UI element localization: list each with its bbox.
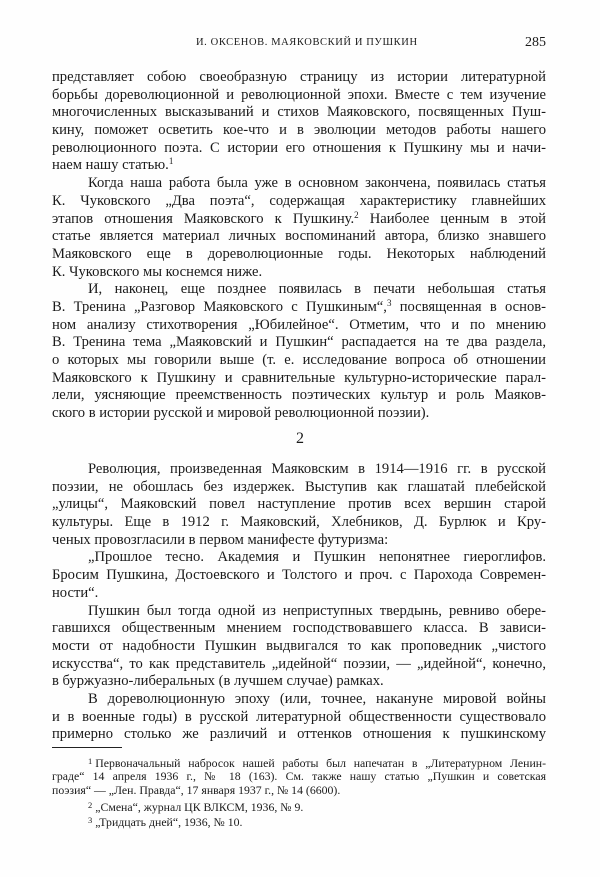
footnote-ref-2[interactable]: 2 xyxy=(354,210,359,220)
text-line: и в военные годы) в русской литературной… xyxy=(52,709,546,727)
section-2-text: Революция, произведенная Маяковским в 19… xyxy=(52,461,546,744)
footnote-ref-1[interactable]: 1 xyxy=(169,156,174,166)
text-line: „улицы“, Маяковский повел наступление пр… xyxy=(52,496,546,514)
text-line: о которых мы говорили выше (т. е. исслед… xyxy=(52,352,546,370)
footnote-text: „Тридцать дней“, 1936, № 10. xyxy=(95,815,242,829)
footnote-line: поэзия“ — „Лен. Правда“, 17 января 1937 … xyxy=(52,783,546,798)
text-line: Маяковского к Пушкину и сравнительные ку… xyxy=(52,370,546,388)
footnote-text: „Смена“, журнал ЦК ВЛКСМ, 1936, № 9. xyxy=(95,800,303,814)
footnote-2: 2„Смена“, журнал ЦК ВЛКСМ, 1936, № 9. xyxy=(52,798,546,813)
footnotes: 1Первоначальный набросок нашей работы бы… xyxy=(52,754,546,827)
running-title: И. ОКСЕНОВ. МАЯКОВСКИЙ И ПУШКИН xyxy=(196,37,418,48)
text-line: в буржуазно-либеральных (в лучшем случае… xyxy=(52,673,546,691)
text-line: Революция, произведенная Маяковским в 19… xyxy=(52,461,546,479)
text-line: гавшихся общественным мнением господство… xyxy=(52,620,546,638)
text-fragment: Наиболее ценным в этой xyxy=(370,211,546,227)
running-head: И. ОКСЕНОВ. МАЯКОВСКИЙ И ПУШКИН 285 xyxy=(52,36,546,52)
footnote-number: 3 xyxy=(88,815,92,825)
footnote-1: 1Первоначальный набросок нашей работы бы… xyxy=(52,754,546,769)
text-line: К. Чуковского „Два поэта“, содержащая ха… xyxy=(52,193,546,211)
text-line: В. Тренина тема „Маяковский и Пушкин“ ра… xyxy=(52,334,546,352)
text-fragment: наем нашу статью. xyxy=(52,157,169,173)
footnote-divider xyxy=(52,747,122,748)
text-line: В дореволюционную эпоху (или, точнее, на… xyxy=(52,691,546,709)
footnote-text: Первоначальный набросок нашей работы был… xyxy=(95,756,546,770)
quote-line: „Прошлое тесно. Академия и Пушкин непоня… xyxy=(52,549,546,567)
text-fragment: В. Тренина „Разговор Маяковского с Пушки… xyxy=(52,299,387,315)
text-line: революционного поэта. С истории его отно… xyxy=(52,140,546,158)
quote-line: ности“. xyxy=(52,585,546,603)
quote-line: Бросим Пушкина, Достоевского и Толстого … xyxy=(52,567,546,585)
text-line: многочисленных высказываний и стихов Мая… xyxy=(52,104,546,122)
footnote-number: 2 xyxy=(88,800,92,810)
text-line: Маяковского еще в дореволюционные годы. … xyxy=(52,246,546,264)
section-number: 2 xyxy=(0,430,600,448)
footnote-line: граде“ 14 апреля 1936 г., № 18 (163). См… xyxy=(52,769,546,784)
section-1-text: представляет собою своеобразную страницу… xyxy=(52,69,546,423)
text-line: наем нашу статью.1 xyxy=(52,157,546,175)
text-line: кину, поможет осветить кое-что и в эволю… xyxy=(52,122,546,140)
text-line: И, наконец, еще позднее появилась в печа… xyxy=(52,281,546,299)
text-fragment: этапов отношения Маяковского к Пушкину. xyxy=(52,211,354,227)
text-line: поэзии, не обошлась без издержек. Выступ… xyxy=(52,479,546,497)
text-line: борьбы дореволюционной и революционной э… xyxy=(52,87,546,105)
text-line: представляет собою своеобразную страницу… xyxy=(52,69,546,87)
footnote-number: 1 xyxy=(88,756,92,766)
text-line: искусства“, то как представитель „идейно… xyxy=(52,656,546,674)
text-line: лели, уясняющие преемственность поэтичес… xyxy=(52,387,546,405)
text-line: статье является материал личных воспомин… xyxy=(52,228,546,246)
text-line: культуры. Еще в 1912 г. Маяковский, Хлеб… xyxy=(52,514,546,532)
page-number: 285 xyxy=(525,35,546,51)
footnote-ref-3[interactable]: 3 xyxy=(387,298,392,308)
text-line: В. Тренина „Разговор Маяковского с Пушки… xyxy=(52,299,546,317)
text-line: мости от надобности Пушкин выдвигался то… xyxy=(52,638,546,656)
text-line: Когда наша работа была уже в основном за… xyxy=(52,175,546,193)
text-line: К. Чуковского мы коснемся ниже. xyxy=(52,264,546,282)
text-line: ского в истории русской и мировой револю… xyxy=(52,405,546,423)
book-page: И. ОКСЕНОВ. МАЯКОВСКИЙ И ПУШКИН 285 пред… xyxy=(0,0,600,877)
footnote-3: 3„Тридцать дней“, 1936, № 10. xyxy=(52,813,546,828)
text-fragment: посвященная в основ- xyxy=(400,299,546,315)
text-line: ном анализу стихотворения „Юбилейное“. О… xyxy=(52,317,546,335)
text-line: ченых провозгласили в первом манифесте ф… xyxy=(52,532,546,550)
text-line: Пушкин был тогда одной из неприступных т… xyxy=(52,603,546,621)
text-line: этапов отношения Маяковского к Пушкину.2… xyxy=(52,211,546,229)
text-line: примерно столько же различий и оттенков … xyxy=(52,726,546,744)
